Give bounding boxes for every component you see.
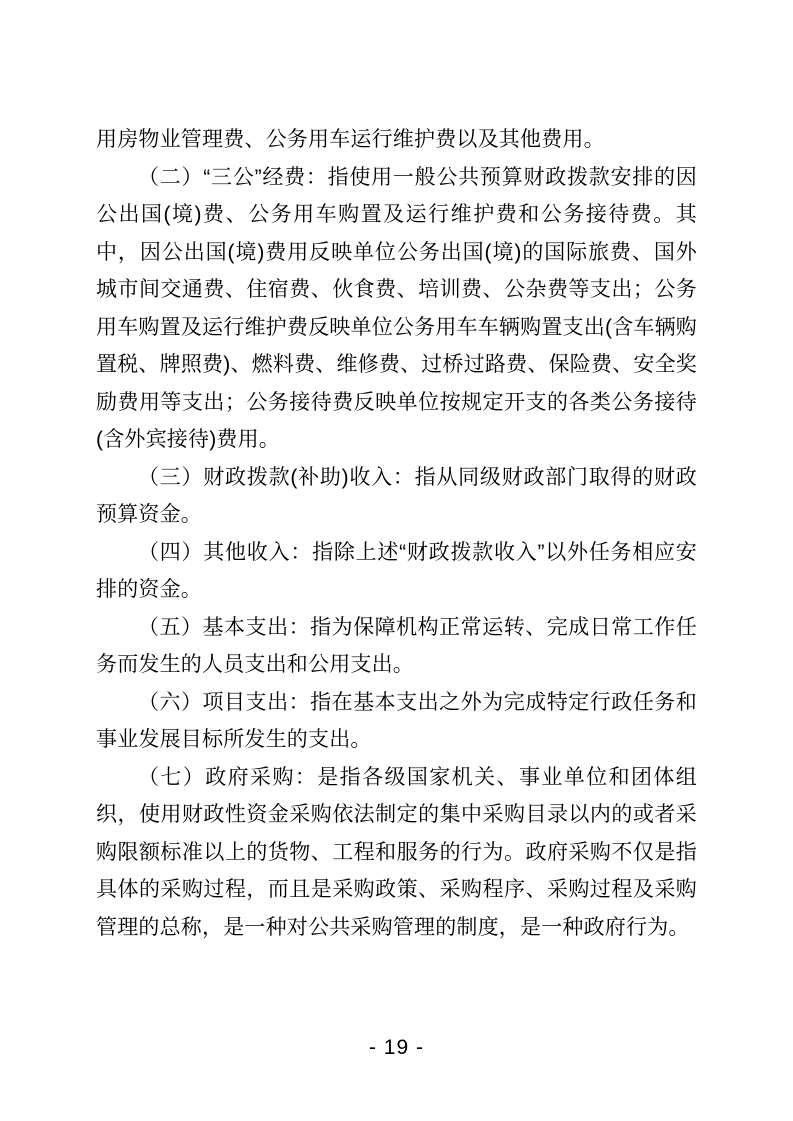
page-number: - 19 - — [369, 1036, 424, 1059]
paragraph-item-2-sangong-expenses: （二）“三公”经费：指使用一般公共预算财政拨款安排的因公出国(境)费、公务用车购… — [96, 159, 697, 459]
paragraph-continuation: 用房物业管理费、公务用车运行维护费以及其他费用。 — [96, 121, 697, 159]
paragraph-item-5-basic-expenditure: （五）基本支出：指为保障机构正常运转、完成日常工作任务而发生的人员支出和公用支出… — [96, 609, 697, 684]
paragraph-item-3-fiscal-appropriation-income: （三）财政拨款(补助)收入：指从同级财政部门取得的财政预算资金。 — [96, 459, 697, 534]
paragraph-item-7-government-procurement: （七）政府采购：是指各级国家机关、事业单位和团体组织，使用财政性资金采购依法制定… — [96, 759, 697, 947]
document-page: 用房物业管理费、公务用车运行维护费以及其他费用。 （二）“三公”经费：指使用一般… — [0, 0, 793, 1121]
paragraph-item-6-project-expenditure: （六）项目支出：指在基本支出之外为完成特定行政任务和事业发展目标所发生的支出。 — [96, 684, 697, 759]
document-body: 用房物业管理费、公务用车运行维护费以及其他费用。 （二）“三公”经费：指使用一般… — [96, 121, 697, 946]
paragraph-item-4-other-income: （四）其他收入：指除上述“财政拨款收入”以外任务相应安排的资金。 — [96, 534, 697, 609]
page-footer: - 19 - — [0, 1036, 793, 1060]
